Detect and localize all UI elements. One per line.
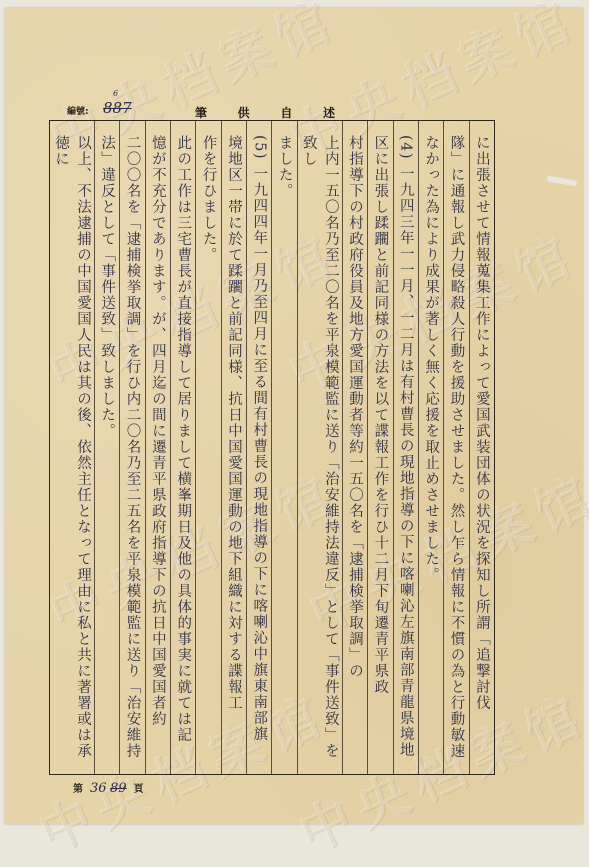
manuscript-column: 此の工作は三宅曹長が直接指導して居りまして横峯期日及他の具体的事実に就ては記 [170,121,195,774]
manuscript-column: 憶が不充分であります。が、四月迄の間に遷青平県政府指導下の抗日中国愛国者約 [145,121,170,774]
handwritten-text: 境地区一帯に於て蹂躙と前記同様、抗日中国愛国運動の地下組織に対する諜報工 [223,121,245,774]
page-number: 36 [90,781,107,796]
number-label: 編號: [67,104,89,117]
handwritten-text: 法」違反として「事件送致」致しました。 [96,121,118,774]
handwritten-text: 隊」に通報し武力侵略殺人行動を援助させました。然し乍ら情報に不慣の為と行動敏速 [445,121,467,774]
handwritten-text: 憶が不充分であります。が、四月迄の間に遷青平県政府指導下の抗日中国愛国者約 [147,121,169,774]
handwritten-text: (5) 一九四四年一月乃至四月に至る間有村曹長の現地指導の下に喀喇沁中旗東南部旗 [248,121,270,774]
manuscript-column: 区に出張し蹂躙と前記同様の方法を以て諜報工作を行ひ十二月下旬遷青平県政 [367,121,392,774]
form-title: 筆 供 自 述 [195,104,335,121]
handwritten-text: なかった為により成果が著しく無く応援を取止めさせました。 [420,121,442,774]
handwritten-text: (4) 一九四三年一一月、一二月は有村曹長の現地指導の下に喀喇沁左旗南部青龍県境… [395,121,417,774]
page-original-number: 89 [110,781,127,796]
number-value: 887 [103,99,132,117]
manuscript-column: 村指導下の村政府役員及地方愛国運動者等約一五〇名を「逮捕検挙取調」の [342,121,367,774]
handwritten-text: 以上、不法逮捕の中国愛国人民は其の後、依然主任となって理由に私と共に著署或は承徳… [50,121,94,774]
handwritten-text: 村指導下の村政府役員及地方愛国運動者等約一五〇名を「逮捕検挙取調」の [344,121,366,774]
handwritten-text: 此の工作は三宅曹長が直接指導して居りまして横峯期日及他の具体的事実に就ては記 [172,121,194,774]
page-footer: 第 36 89 頁 [73,780,144,796]
page-suffix: 頁 [134,784,144,795]
handwritten-text: ました。 [274,121,296,774]
manuscript-column: 境地区一帯に於て蹂躙と前記同様、抗日中国愛国運動の地下組織に対する諜報工 [221,121,246,774]
manuscript-column: 以上、不法逮捕の中国愛国人民は其の後、依然主任となって理由に私と共に著署或は承徳… [50,121,94,774]
handwritten-text: に出張させて情報蒐集工作によって愛国武装団体の状況を探知し所謂「追撃討伐 [471,121,493,774]
manuscript-column: (5) 一九四四年一月乃至四月に至る間有村曹長の現地指導の下に喀喇沁中旗東南部旗 [246,121,271,774]
manuscript-column: ました。 [271,121,296,774]
manuscript-column: に出張させて情報蒐集工作によって愛国武装団体の状況を探知し所謂「追撃討伐 [469,121,494,774]
page-prefix: 第 [73,784,83,795]
document-page: 中央档案馆 中央档案馆 中央档案馆 中央档案馆 中央档案馆 中央档案馆 中央档案… [5,8,583,824]
handwritten-text: 二〇〇名を「逮捕検挙取調」を行ひ内二〇名乃至二五名を平泉模範監に送り「治安維持 [122,121,144,774]
handwritten-text: 作を行ひました。 [198,121,220,774]
manuscript-column: 隊」に通報し武力侵略殺人行動を援助させました。然し乍ら情報に不慣の為と行動敏速 [443,121,468,774]
manuscript-column: 二〇〇名を「逮捕検挙取調」を行ひ内二〇名乃至二五名を平泉模範監に送り「治安維持 [119,121,144,774]
handwritten-text: 上内一五〇名乃至二〇名を平泉模範監に送り「治安維持法違反」として「事件送致」を致… [298,121,342,774]
manuscript-column: 法」違反として「事件送致」致しました。 [94,121,119,774]
manuscript-column: (4) 一九四三年一一月、一二月は有村曹長の現地指導の下に喀喇沁左旗南部青龍県境… [393,121,418,774]
title-char: 自 [280,104,292,121]
manuscript-column: 作を行ひました。 [195,121,220,774]
title-char: 述 [323,104,335,121]
handwritten-text: 区に出張し蹂躙と前記同様の方法を以て諜報工作を行ひ十二月下旬遷青平県政 [369,121,391,774]
title-char: 供 [238,104,250,121]
manuscript-grid: に出張させて情報蒐集工作によって愛国武装団体の状況を探知し所謂「追撃討伐隊」に通… [49,120,495,775]
title-char: 筆 [195,104,207,121]
manuscript-column: なかった為により成果が著しく無く応援を取止めさせました。 [418,121,443,774]
manuscript-column: 上内一五〇名乃至二〇名を平泉模範監に送り「治安維持法違反」として「事件送致」を致… [297,121,342,774]
paper-tear [547,175,577,186]
number-correction: 6 [113,89,118,98]
